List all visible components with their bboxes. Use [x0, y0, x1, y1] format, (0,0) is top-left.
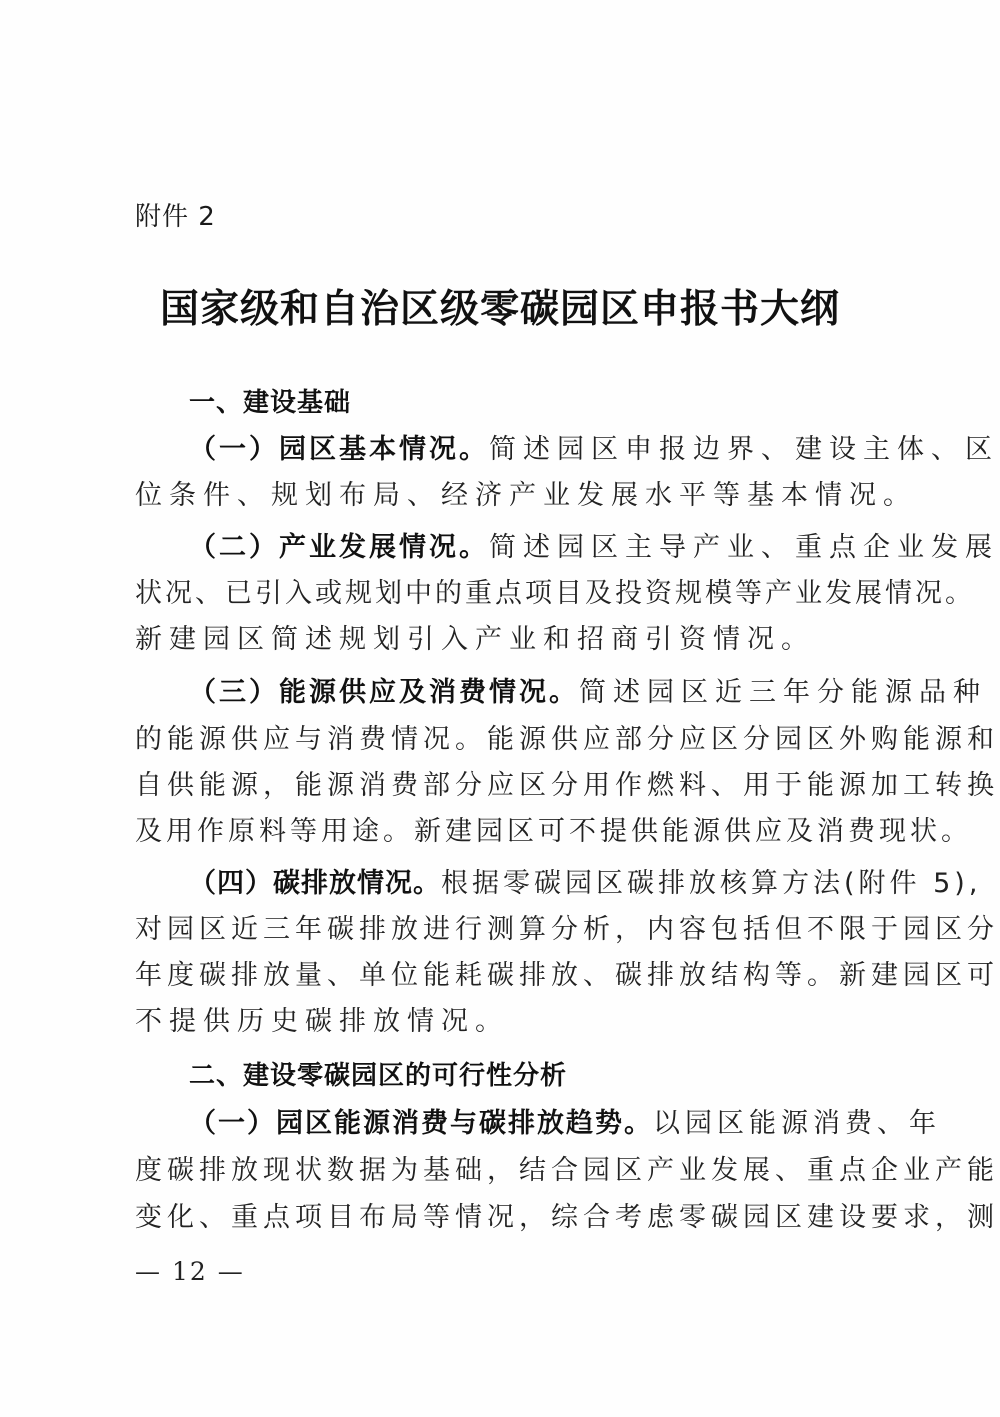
page-number: — 12 — [135, 1257, 245, 1286]
paragraph-line: 的能源供应与消费情况。能源供应部分应区分园区外购能源和 [135, 722, 875, 758]
paragraph-line: 新建园区简述规划引入产业和招商引资情况。 [135, 622, 875, 658]
item-lead: （一）园区基本情况。 [189, 434, 489, 465]
attachment-label: 附件 2 [135, 196, 216, 233]
paragraph-line: 对园区近三年碳排放进行测算分析，内容包括但不限于园区分 [135, 912, 875, 948]
paragraph-line: 状况、已引入或规划中的重点项目及投资规模等产业发展情况。 [135, 576, 875, 612]
paragraph-line: 不提供历史碳排放情况。 [135, 1004, 875, 1040]
paragraph-line: 度碳排放现状数据为基础，结合园区产业发展、重点企业产能 [135, 1153, 875, 1189]
paragraph-line: 自供能源，能源消费部分应区分用作燃料、用于能源加工转换 [135, 768, 875, 804]
paragraph-line: （一）园区基本情况。简述园区申报边界、建设主体、区 [189, 432, 875, 468]
document-page: 附件 2 国家级和自治区级零碳园区申报书大纲 一、建设基础 （一）园区基本情况。… [0, 0, 1000, 1417]
item-lead: （二）产业发展情况。 [189, 532, 489, 563]
section-heading-2: 二、建设零碳园区的可行性分析 [189, 1058, 875, 1094]
item-text: 以园区能源消费、年 [653, 1108, 941, 1139]
paragraph-line: 位条件、规划布局、经济产业发展水平等基本情况。 [135, 478, 875, 514]
item-text: 根据零碳园区碳排放核算方法(附件 5), [441, 868, 981, 899]
item-text: 简述园区主导产业、重点企业发展 [489, 532, 999, 563]
document-title: 国家级和自治区级零碳园区申报书大纲 [0, 278, 1000, 334]
paragraph-line: （一）园区能源消费与碳排放趋势。以园区能源消费、年 [189, 1106, 875, 1142]
paragraph-line: （三）能源供应及消费情况。简述园区近三年分能源品种 [189, 675, 875, 711]
item-text: 简述园区申报边界、建设主体、区 [489, 434, 999, 465]
paragraph-line: 及用作原料等用途。新建园区可不提供能源供应及消费现状。 [135, 814, 875, 850]
item-lead: （一）园区能源消费与碳排放趋势。 [189, 1108, 653, 1139]
item-lead: （三）能源供应及消费情况。 [189, 677, 579, 708]
item-lead: （四）碳排放情况。 [189, 868, 441, 899]
paragraph-line: （二）产业发展情况。简述园区主导产业、重点企业发展 [189, 530, 875, 566]
paragraph-line: 变化、重点项目布局等情况，综合考虑零碳园区建设要求，测 [135, 1200, 875, 1236]
section-heading-1: 一、建设基础 [189, 385, 875, 421]
item-text: 简述园区近三年分能源品种 [579, 677, 987, 708]
paragraph-line: 年度碳排放量、单位能耗碳排放、碳排放结构等。新建园区可 [135, 958, 875, 994]
paragraph-line: （四）碳排放情况。根据零碳园区碳排放核算方法(附件 5), [189, 866, 875, 902]
